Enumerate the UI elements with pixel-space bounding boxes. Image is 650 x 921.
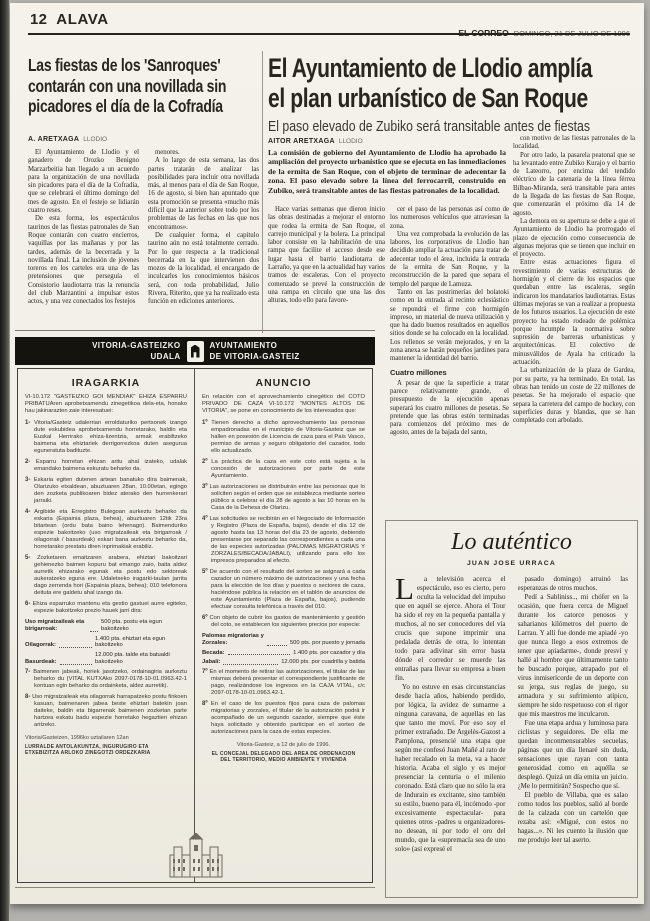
numbered-item: 6- Ehiza esparruko mantenu eta gestio ga… (25, 601, 187, 615)
item-number: 7- (25, 669, 30, 675)
item-text: De acuerdo con el resultado del sorteo s… (210, 569, 365, 610)
paragraph: A pesar de que la superficie a tratar pa… (390, 380, 509, 438)
item-number: 5º (202, 569, 208, 575)
item-text: Esparru horretan ehizan aritu ahal izate… (34, 459, 187, 472)
numbered-item: 8- Uso migratzaileak eta oilagorrak harr… (25, 694, 187, 729)
item-number: 6- (25, 601, 30, 607)
spanish-date: Vitoria-Gasteiz, a 12 de julio de 1996. (202, 742, 365, 748)
masthead-spanish-line2: DE VITORIA-GASTEIZ (210, 351, 376, 362)
headline-line: picadores el día de la Cofradía (28, 96, 226, 117)
main-article-col2b: A pesar de que la superficie a tratar pa… (390, 380, 509, 438)
announcement-masthead: VITORIA-GASTEIZKO UDALA AYUNTAMIENTO DE … (15, 337, 375, 365)
item-number: 8- (25, 694, 30, 700)
opinion-columns: L a televisión acerca el espectáculo, es… (386, 575, 637, 875)
item-text: Eskaria egiten dutenen artean banatuko d… (34, 477, 187, 504)
item-number: 5- (25, 555, 30, 561)
spanish-signature: EL CONCEJAL DELEGADO DEL AREA DE ORDENAC… (202, 751, 365, 763)
paragraph: De cualquier forma, el capítulo taurino … (148, 232, 259, 307)
price-label: Jabalí: (202, 659, 220, 666)
headline-line: contarán con una novillada sin (28, 76, 226, 97)
item-number: 6º (202, 615, 208, 621)
item-number: 8º (202, 701, 208, 707)
paragraph: Una vez comprobada la evolución de las l… (390, 231, 509, 289)
main-article-col1: Hace varias semanas que dieron inicio la… (268, 206, 385, 336)
paragraph: La urbanización de la plaza de Gardea, p… (513, 367, 635, 425)
item-number: 2º (202, 459, 208, 465)
paragraph: Yo no estuve en esas circunstancias desd… (395, 683, 506, 854)
paragraph: Tanto en las postrimerías del bolatoki c… (390, 289, 509, 364)
paragraph: Entre estas actuaciones figura el revest… (513, 259, 635, 367)
item-text: Argibide eta Erregistro Bulegoan aurkezt… (34, 509, 187, 550)
main-article-byline: AITOR ARETXAGALLODIO (268, 138, 363, 145)
crosshead: Cuatro millones (390, 368, 509, 377)
price-label: Oilagorrak: (25, 642, 56, 649)
item-text: Las autorizaciones se distribuirán entre… (210, 484, 366, 511)
price-value: 500 pts. por puesto y jornada (290, 640, 365, 647)
opinion-col2: pasado domingo) arruinó las esperanzas d… (518, 575, 629, 875)
basque-date: Vitoria/Gasteizen, 1996ko uztailaren 12a… (25, 735, 187, 741)
announcement-bottom-rule (15, 887, 375, 888)
numbered-item: 1- Vitoria/Gasteiz udalerrian erroldatur… (25, 420, 187, 455)
item-text: Tienen derecho a dicho aprovechamiento l… (211, 420, 365, 454)
paragraph: pasado domingo) arruinó las esperanzas d… (518, 575, 629, 593)
drop-cap: L (395, 575, 417, 601)
paragraph: Por otro lado, la pasarela peatonal que … (513, 152, 635, 218)
spanish-price-list: Palomas migratorias y Zorzales: 500 pts.… (202, 633, 365, 666)
item-number: 1- (25, 420, 30, 426)
basque-items: 1- Vitoria/Gasteiz udalerrian erroldatur… (25, 420, 187, 615)
announcement-basque-column: IRAGARKIA VI-10.172 "GASTEIZKO GOI MENDI… (18, 369, 195, 882)
dot-leader (59, 647, 92, 648)
item-number: 4- (25, 509, 30, 515)
masthead-basque-line1: VITORIA-GASTEIZKO (15, 340, 181, 351)
numbered-item: 3º Las autorizaciones se distribuirán en… (202, 484, 365, 512)
author-place: LLODIO (83, 136, 107, 143)
item-number: 3- (25, 477, 30, 483)
price-label: Palomas migratorias y Zorzales: (202, 633, 264, 647)
basque-items-after: 7- Baimenen jabeak, horiek jasotzeko, or… (25, 669, 187, 729)
main-article-col2: cer el paso de las personas así como de … (390, 206, 509, 518)
item-text: Uso migratzaileak eta oilagorrak harrapa… (32, 694, 187, 728)
paragraph: menores. (148, 149, 259, 157)
paragraph: Pedí a Sabliniss.., mi chófer en la ocas… (518, 593, 629, 719)
spanish-title: ANUNCIO (202, 377, 365, 389)
paragraph: El pueblo de Villaba, que es salao como … (518, 791, 629, 845)
spanish-intro: En relación con el aprovechamiento cineg… (202, 394, 365, 415)
headline-line: el plan urbanístico de San Roque (268, 83, 592, 113)
price-row: Palomas migratorias y Zorzales: 500 pts.… (202, 633, 365, 647)
numbered-item: 7º En el momento de retirar las autoriza… (202, 669, 365, 697)
masthead-block: EL CORREODOMINGO, 21 DE JULIO DE 1996 (458, 23, 630, 41)
main-article-col2a: cer el paso de las personas así como de … (390, 206, 509, 364)
numbered-item: 4- Argibide eta Erregistro Bulegoan aurk… (25, 509, 187, 551)
numbered-item: 7- Baimenen jabeak, horiek jasotzeko, or… (25, 669, 187, 690)
price-row: Basurdeak: 12.000 pta. talde eta batuald… (25, 652, 187, 666)
left-article-byline: A. ARETXAGALLODIO (28, 136, 107, 143)
page-number: 12 (30, 11, 47, 28)
paragraph: cer el paso de las personas así como de … (390, 206, 509, 231)
paragraph: A lo largo de esta semana, las dos parte… (148, 157, 259, 232)
signature-line: ETXEBIZITZA ARLOKO ZINEGOTZI ORDEZKARIA (25, 750, 187, 756)
city-hall-building-icon (168, 833, 224, 881)
item-text: En el caso de los puestos fijos para caz… (211, 701, 365, 735)
item-text: Zozketaren emaitzaren arabera, ehiztari … (34, 555, 187, 596)
opinion-col1-text: a televisión acerca el espectáculo, eso … (395, 575, 506, 854)
price-value: 1.400 pts. por cazador y día (293, 650, 365, 657)
paragraph: La demora en su apertura se debe a que e… (513, 218, 635, 259)
item-number: 2- (25, 459, 30, 465)
item-number: 3º (202, 484, 208, 490)
paragraph: con motivo de las fiestas patronales de … (513, 135, 635, 152)
price-label: Uso migratzaileak eta birigarroak: (25, 619, 87, 633)
headline-line: Las fiestas de los 'Sanroques' (28, 55, 226, 76)
masthead-basque-line2: UDALA (15, 351, 181, 362)
item-text: En el momento de retirar las autorizacio… (209, 669, 365, 696)
newspaper-page: 12ALAVA EL CORREODOMINGO, 21 DE JULIO DE… (10, 3, 644, 904)
announcement-spanish-column: ANUNCIO En relación con el aprovechamien… (195, 369, 372, 882)
price-row: Jabalí: 12.000 pts. por cuadrilla y bati… (202, 659, 365, 666)
masthead-spanish-line1: AYUNTAMIENTO (210, 340, 376, 351)
masthead-spanish: AYUNTAMIENTO DE VITORIA-GASTEIZ (210, 340, 376, 362)
numbered-item: 5º De acuerdo con el resultado del sorte… (202, 569, 365, 611)
item-text: La práctica de la caza en este coto está… (211, 459, 365, 479)
author-place: LLODIO (339, 138, 363, 145)
masthead-basque: VITORIA-GASTEIZKO UDALA (15, 340, 181, 362)
signature-line: DEL TERRITORIO, MEDIO AMBIENTE Y VIVIEND… (202, 757, 365, 763)
numbered-item: 2- Esparru horretan ehizan aritu ahal iz… (25, 459, 187, 473)
paragraph: De esta forma, los espectáculos taurinos… (28, 215, 139, 306)
numbered-item: 1º Tienen derecho a dicho aprovechamient… (202, 420, 365, 455)
scan-edge (0, 0, 9, 921)
headline-line: El Ayuntamiento de Llodio amplía (268, 53, 592, 83)
basque-title: IRAGARKIA (25, 377, 187, 389)
price-value: 500 pta. postu eta egun bakoitzeko (101, 619, 187, 633)
item-number: 4º (202, 516, 208, 522)
dot-leader (228, 654, 291, 655)
item-text: Con objeto de cubrir los gastos de mante… (209, 615, 365, 628)
opinion-title: Lo auténtico (386, 529, 637, 556)
price-label: Basurdeak: (25, 659, 57, 666)
numbered-item: 6º Con objeto de cubrir los gastos de ma… (202, 615, 365, 629)
dot-leader (223, 664, 278, 665)
paragraph: Fue una etapa ardua y luminosa para cicl… (518, 719, 629, 791)
item-text: Baimenen jabeak, horiek jasotzeko, ordai… (33, 669, 187, 689)
main-article-headline: El Ayuntamiento de Llodio amplíael plan … (268, 53, 650, 113)
section-title: ALAVA (56, 11, 108, 28)
left-article-col2: menores.A lo largo de esta semana, las d… (148, 149, 259, 331)
header-rule (28, 33, 630, 35)
numbered-item: 2º La práctica de la caza en este coto e… (202, 459, 365, 480)
basque-intro: VI-10.172 "GASTEIZKO GOI MENDIAK" EHIZA … (25, 394, 187, 415)
left-article-col1: El Ayuntamiento de Llodio y el ganadero … (28, 149, 139, 331)
basque-price-list: Uso migratzaileak eta birigarroak: 500 p… (25, 619, 187, 666)
dot-leader (60, 664, 92, 665)
numbered-item: 5- Zozketaren emaitzaren arabera, ehizta… (25, 555, 187, 597)
spanish-items: 1º Tienen derecho a dicho aprovechamient… (202, 420, 365, 629)
vitoria-coat-of-arms-icon (187, 341, 204, 362)
item-text: Vitoria/Gasteiz udalerrian erroldaturiko… (34, 420, 187, 454)
item-number: 1º (202, 420, 208, 426)
author-name: AITOR ARETXAGA (268, 138, 335, 145)
numbered-item: 4º Las solicitudes se recibirán en el Ne… (202, 516, 365, 565)
main-article-lead: La comisión de gobierno del Ayuntamiento… (268, 148, 506, 206)
price-row: Uso migratzaileak eta birigarroak: 500 p… (25, 619, 187, 633)
dot-leader (267, 645, 287, 646)
item-text: Ehiza esparruko mantenu eta gestio gastu… (33, 601, 187, 614)
item-text: Las solicitudes se recibirán en el Negoc… (209, 516, 365, 564)
announcement-top-rule (15, 330, 375, 331)
numbered-item: 8º En el caso de los puestos fijos para … (202, 701, 365, 736)
basque-signature: LURRALDE ANTOLAKUNTZA, INGURUGIRO ETAETX… (25, 744, 187, 756)
author-name: A. ARETXAGA (28, 136, 79, 143)
price-value: 12.000 pta. talde eta batualdi bakoitzek… (95, 652, 187, 666)
announcement-box: IRAGARKIA VI-10.172 "GASTEIZKO GOI MENDI… (17, 368, 373, 883)
item-number: 7º (202, 669, 208, 675)
page-header: 12ALAVA (30, 11, 109, 29)
main-article-subhead: El paso elevado de Zubiko será transitab… (268, 118, 590, 135)
price-row: Becada: 1.400 pts. por cazador y día (202, 650, 365, 657)
price-value: 12.000 pts. por cuadrilla y batida (281, 659, 365, 666)
opinion-author: JUAN JOSE URRACA (386, 560, 637, 567)
main-article-col3: con motivo de las fiestas patronales de … (513, 135, 635, 500)
paragraph: El Ayuntamiento de Llodio y el ganadero … (28, 149, 139, 215)
spanish-items-after: 7º En el momento de retirar las autoriza… (202, 669, 365, 736)
price-row: Oilagorrak: 1.400 pta. ehiztari eta egun… (25, 636, 187, 650)
numbered-item: 3- Eskaria egiten dutenen artean banatuk… (25, 477, 187, 505)
price-label: Becada: (202, 650, 225, 657)
dot-leader (90, 631, 98, 632)
left-article-headline-lines: Las fiestas de los 'Sanroques'contarán c… (28, 55, 276, 117)
opinion-box: Lo auténtico JUAN JOSE URRACA L a televi… (385, 520, 638, 898)
opinion-col1: L a televisión acerca el espectáculo, es… (395, 575, 506, 875)
price-value: 1.400 pta. ehiztari eta egun bakoitzeko (95, 636, 187, 650)
paragraph: Hace varias semanas que dieron inicio la… (268, 206, 385, 306)
